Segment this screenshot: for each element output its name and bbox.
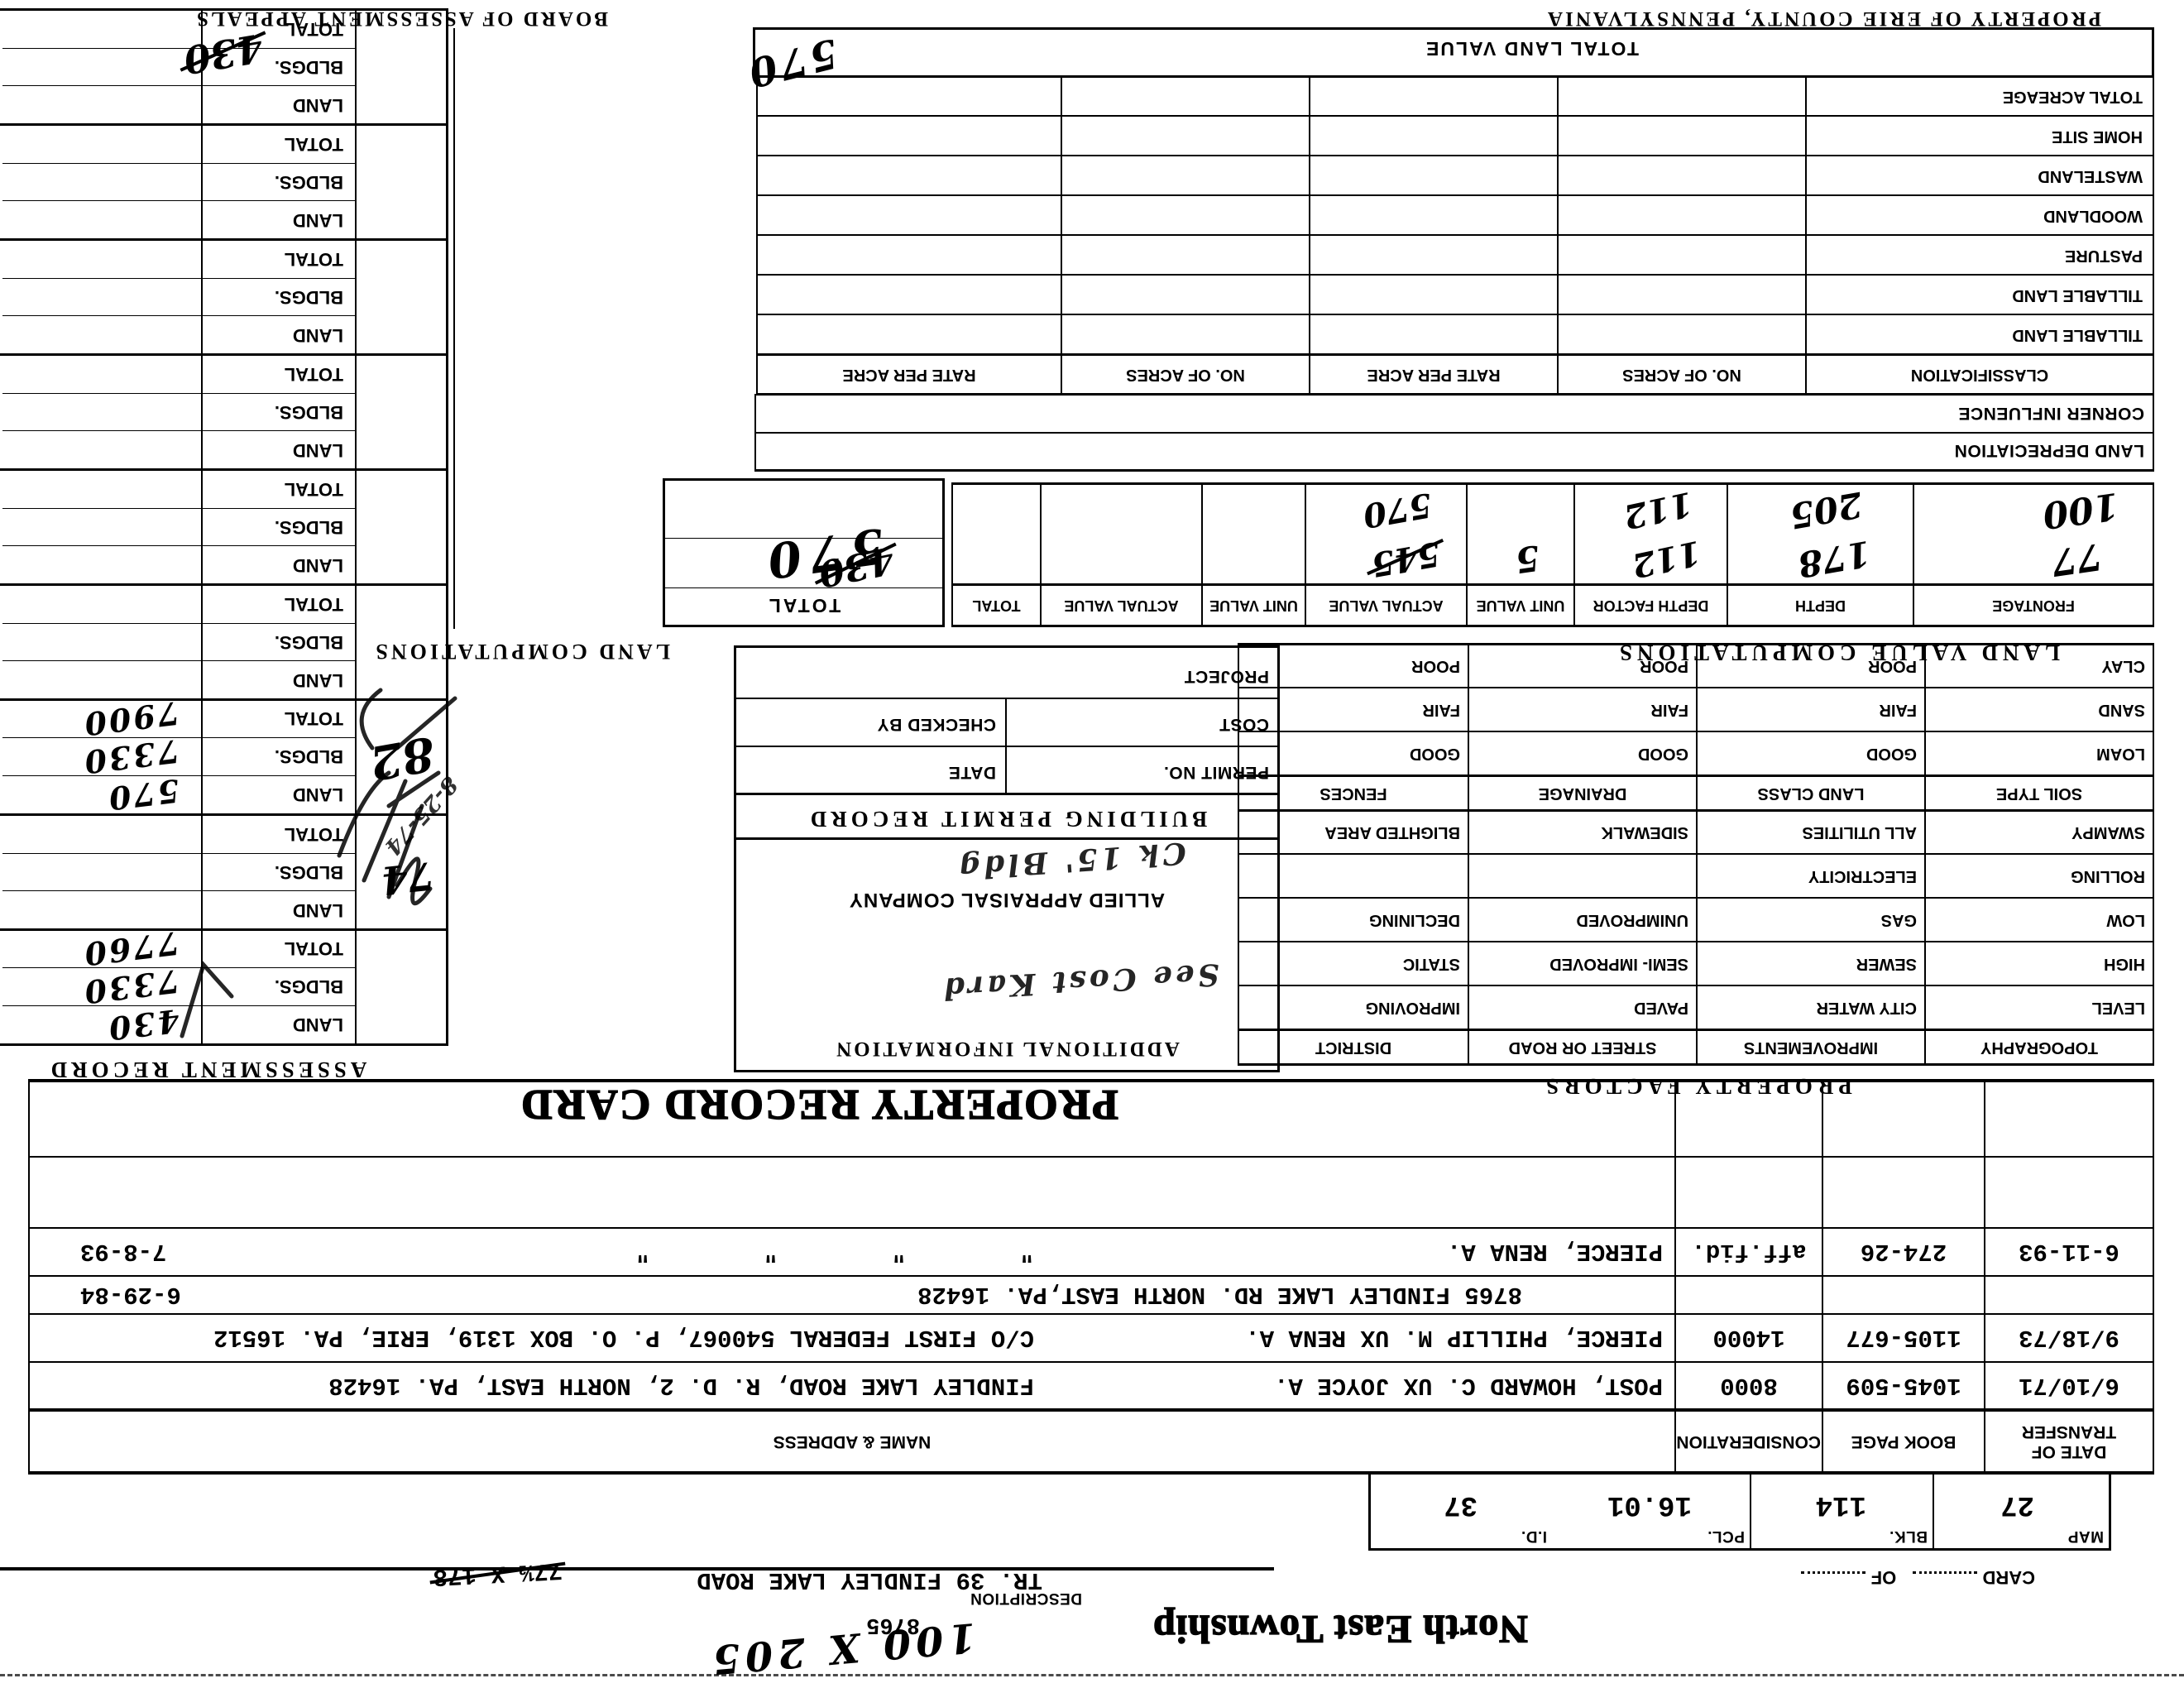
of-label: OF — [1871, 1567, 1897, 1588]
total-label: TOTAL — [201, 241, 355, 278]
assessment-year-cell — [355, 241, 446, 353]
factor-semi-improved: SEMI- IMPROVED — [1514, 956, 1695, 972]
total-label: TOTAL — [201, 586, 355, 623]
bldgs-label: BLDGS. — [201, 508, 355, 546]
bldgs-label: BLDGS. — [201, 163, 355, 201]
bldgs-label: BLDGS. — [201, 278, 355, 316]
comp-actual-value: 570 — [1360, 485, 1434, 535]
factors-col-street: STREET OR ROAD — [1468, 1030, 1697, 1065]
card-of-line: CARD OF — [1802, 1566, 2036, 1589]
land-value-computations-table: FRONTAGE DEPTH DEPTH FACTOR UNIT VALUE A… — [951, 482, 2154, 627]
class-total-acreage: TOTAL ACREAGE — [1806, 77, 2153, 117]
class-home-site: HOME SITE — [1806, 117, 2153, 156]
transfer-bookpage: 1045-509 — [1822, 1362, 1985, 1410]
transfer-date: 9/18/73 — [1985, 1314, 2153, 1362]
class-pasture: PASTURE — [1806, 236, 2153, 276]
blk-label: BLK. — [1889, 1527, 1928, 1545]
comp-col-total: TOTAL — [952, 585, 1041, 626]
transfer-row: 6/10/71 1045-509 8000 POST, HOWARD C. UX… — [29, 1362, 2153, 1410]
land-depreciation-row: LAND DEPRECIATION — [754, 431, 2154, 472]
fences-good: GOOD — [1284, 746, 1467, 762]
comp-depth: 178 — [1795, 533, 1874, 585]
soil-sand: SAND — [1971, 702, 2152, 718]
handwriting-scribble — [0, 632, 480, 1046]
map-value: 27 — [2000, 1489, 2034, 1520]
factor-improving: IMPROVING — [1284, 1000, 1467, 1016]
total-land-value-row: TOTAL LAND VALUE 430 570 — [753, 27, 2154, 78]
comp-frontage: 100 — [2040, 484, 2121, 536]
pcl-label: PCL. — [1707, 1527, 1745, 1545]
permit-row-1: PERMIT NO. DATE — [736, 747, 1277, 795]
record-card-title: PROPERTY RECORD CARD — [480, 1080, 1158, 1129]
factors-col-drainage: DRAINAGE — [1468, 776, 1697, 811]
map-label: MAP — [2067, 1527, 2104, 1545]
classification-row: PASTURE — [757, 236, 2153, 276]
classification-row: TILLABLE LAND — [757, 315, 2153, 355]
assessment-group: LAND BLDGS. TOTAL — [0, 238, 446, 353]
transfer-date: 6-11-93 — [1985, 1228, 2153, 1276]
card-blank — [1913, 1571, 1977, 1589]
class-col-no-acres-2: NO. OF ACRES — [1061, 355, 1310, 395]
transfer-address: C/O FIRST FEDERAL 540067, P. O. BOX 1319… — [213, 1325, 1034, 1352]
assessment-group: LAND BLDGS. TOTAL — [0, 468, 446, 583]
class-woodland: WOODLAND — [1806, 196, 2153, 236]
comp-col-depth: DEPTH — [1727, 585, 1913, 626]
transfer-consideration: 14000 — [1675, 1314, 1822, 1362]
strip-divider — [453, 28, 455, 629]
fences-fair: FAIR — [1284, 702, 1467, 718]
comp-col-depth-factor: DEPTH FACTOR — [1574, 585, 1727, 626]
assessment-record-title: ASSESSMENT RECORD — [25, 1057, 389, 1082]
assessment-year-cell — [355, 471, 446, 583]
pcl-cell: PCL. 16.01 — [1552, 1474, 1750, 1548]
id-label: I.D. — [1521, 1527, 1547, 1545]
transfer-date — [1985, 1276, 2153, 1314]
comp-col-unit-value-2: UNIT VALUE — [1202, 585, 1305, 626]
transfer-recorded-date: 6-29-84 — [31, 1282, 181, 1309]
class-col-classification: CLASSIFICATION — [1806, 355, 2153, 395]
comp-depth-factor: 112 — [1621, 484, 1696, 536]
description-new-dimensions-handwritten: 100 X 205 — [706, 1614, 978, 1683]
factor-sewer: SEWER — [1742, 956, 1923, 972]
of-blank — [1802, 1571, 1866, 1589]
township-title: North East Township — [1109, 1606, 1572, 1652]
landclass-good: GOOD — [1742, 746, 1923, 762]
transfer-row: 8765 FINDLEY LAKE RD. NORTH EAST,PA. 164… — [29, 1276, 2153, 1314]
transfer-consideration: 8000 — [1675, 1362, 1822, 1410]
classification-row: TILLABLE LAND — [757, 276, 2153, 315]
transfer-table: DATE OF TRANSFER BOOK PAGE CONSIDERATION… — [28, 1079, 2154, 1475]
bldgs-label: BLDGS. — [201, 393, 355, 431]
property-factors-table: TOPOGRAPHY IMPROVEMENTS STREET OR ROAD D… — [1238, 643, 2154, 1066]
comp-col-actual-value: ACTUAL VALUE — [1305, 585, 1467, 626]
factor-blighted-area: BLIGHTED AREA — [1284, 824, 1467, 841]
assessment-group: LAND BLDGS. TOTAL — [0, 123, 446, 238]
comp-col-frontage: FRONTAGE — [1913, 585, 2153, 626]
factors-col-improvements: IMPROVEMENTS — [1697, 1030, 1925, 1065]
additional-info-permit-box: ADDITIONAL INFORMATION See Cost Kard ALL… — [734, 645, 1280, 1072]
parcel-id-row: MAP 27 BLK. 114 PCL. 16.01 I.D. 37 — [1368, 1471, 2111, 1551]
classification-row: WOODLAND — [757, 196, 2153, 236]
total-label: TOTAL — [201, 356, 355, 393]
land-depreciation-label: LAND DEPRECIATION — [1954, 441, 2144, 460]
property-factors-title: PROPERTY FACTORS — [1239, 1073, 2154, 1099]
transfer-row-empty — [29, 1157, 2153, 1228]
drainage-fair: FAIR — [1514, 702, 1695, 718]
blk-value: 114 — [1816, 1489, 1866, 1520]
computation-row: 77 178 112 5 545 — [952, 535, 2153, 585]
class-col-rate-acre-2: RATE PER ACRE — [757, 355, 1061, 395]
permit-checked-by-label: CHECKED BY — [877, 714, 996, 734]
board-caption: BOARD OF ASSESSMENT APPEALS — [194, 7, 608, 30]
land-label: LAND — [201, 85, 355, 123]
transfer-consideration — [1675, 1276, 1822, 1314]
transfer-address: 8765 FINDLEY LAKE RD. NORTH EAST,PA. 164… — [917, 1282, 1522, 1309]
factor-unimproved: UNIMPROVED — [1514, 912, 1695, 928]
grand-total-label: TOTAL — [665, 594, 942, 625]
transfer-date: 6/10/71 — [1985, 1362, 2153, 1410]
transfer-bookpage: 1105-677 — [1822, 1314, 1985, 1362]
permit-divider-top — [736, 837, 1277, 840]
total-label: TOTAL — [201, 471, 355, 508]
comp-depth: 205 — [1787, 484, 1865, 536]
factor-paved: PAVED — [1514, 1000, 1695, 1016]
factor-level: LEVEL — [1971, 1000, 2152, 1016]
permit-date-label: DATE — [948, 762, 996, 782]
landclass-fair: FAIR — [1742, 702, 1923, 718]
soil-loam: LOAM — [1971, 746, 2152, 762]
transfer-col-date: DATE OF TRANSFER — [1985, 1410, 2153, 1473]
comp-unit-value: 5 — [1512, 537, 1542, 581]
transfer-col-name-address: NAME & ADDRESS — [29, 1410, 1675, 1473]
factor-rolling: ROLLING — [1971, 868, 2152, 885]
factor-static: STATIC — [1284, 956, 1467, 972]
land-label: LAND — [201, 430, 355, 468]
factor-city-water: CITY WATER — [1742, 1000, 1923, 1016]
transfer-bookpage — [1822, 1276, 1985, 1314]
class-col-no-acres: NO. OF ACRES — [1558, 355, 1806, 395]
permit-project-label: PROJECT — [1184, 666, 1269, 686]
property-of-caption: PROPERTY OF ERIE COUNTY, PENNSYLVANIA — [1545, 7, 2101, 30]
factor-declining: DECLINING — [1284, 912, 1467, 928]
transfer-consideration: aff.fid. — [1675, 1228, 1822, 1276]
handwritten-note-2: Ck 15' Bldg — [955, 835, 1187, 885]
description-rule — [0, 1567, 1274, 1571]
land-value-computations-title: LAND VALUE COMPUTATIONS — [1615, 640, 2060, 665]
comp-actual-value: 545 — [1368, 534, 1443, 584]
factors-col-topography: TOPOGRAPHY — [1925, 1030, 2153, 1065]
transfer-name: PIERCE, RENA A. — [1034, 1239, 1663, 1266]
factor-swampy: SWAMPY — [1971, 824, 2152, 841]
class-wasteland: WASTELAND — [1806, 156, 2153, 196]
handwritten-note-1: See Cost Kard — [940, 957, 1220, 1006]
id-value: 37 — [1444, 1489, 1478, 1520]
id-cell: I.D. 37 — [1371, 1474, 1552, 1548]
factor-gas: GAS — [1742, 912, 1923, 928]
factor-low: LOW — [1971, 912, 2152, 928]
assessment-year-cell — [355, 126, 446, 238]
permit-no-label: PERMIT NO. — [1163, 762, 1269, 782]
sheet-edge-line — [0, 1674, 2184, 1676]
class-col-rate-acre: RATE PER ACRE — [1310, 355, 1558, 395]
map-cell: MAP 27 — [1933, 1474, 2109, 1548]
classification-row: WASTELAND — [757, 156, 2153, 196]
transfer-col-consideration: CONSIDERATION — [1675, 1410, 1822, 1473]
land-label: LAND — [201, 315, 355, 353]
building-permit-title: BUILDING PERMIT RECORD — [736, 806, 1277, 832]
assessment-year-cell — [355, 356, 446, 468]
assessment-group: LAND BLDGS. TOTAL — [0, 353, 446, 468]
total-label: TOTAL — [201, 126, 355, 163]
permit-cost-label: COST — [1219, 714, 1269, 734]
land-label: LAND — [201, 545, 355, 583]
drainage-good: GOOD — [1514, 746, 1695, 762]
factors-col-land-class: LAND CLASS — [1697, 776, 1925, 811]
additional-information-title: ADDITIONAL INFORMATION — [736, 1037, 1277, 1070]
transfer-address-ditto: " " " " — [635, 1239, 1034, 1266]
blk-cell: BLK. 114 — [1750, 1474, 1933, 1548]
transfer-recorded-date: 7-8-93 — [31, 1239, 166, 1266]
land-label: LAND — [201, 200, 355, 238]
comp-col-actual-value-2: ACTUAL VALUE — [1041, 585, 1202, 626]
corner-influence-row: CORNER INFLUENCE — [754, 394, 2154, 434]
transfer-col-bookpage: BOOK PAGE — [1822, 1410, 1985, 1473]
permit-divider — [736, 698, 1277, 699]
class-tillable-land: TILLABLE LAND — [1806, 315, 2153, 355]
comp-depth-factor: 112 — [1629, 533, 1704, 585]
comp-frontage: 77 — [2049, 535, 2105, 583]
classification-table: CLASSIFICATION NO. OF ACRES RATE PER ACR… — [756, 75, 2154, 396]
computation-row: 100 205 112 570 — [952, 484, 2153, 535]
factor-sidewalk: SIDEWALK — [1514, 824, 1695, 841]
bldgs-label: BLDGS. — [201, 48, 355, 86]
description-old-dimensions: 77½ X 178 — [433, 1556, 563, 1590]
appraisal-company-line: ALLIED APPRAISAL COMPANY — [736, 888, 1277, 911]
classification-row: HOME SITE — [757, 117, 2153, 156]
factor-electricity: ELECTRICITY — [1742, 868, 1923, 885]
classification-row: TOTAL ACREAGE — [757, 77, 2153, 117]
corner-influence-label: CORNER INFLUENCE — [1958, 404, 2144, 423]
scanned-page: North East Township CARD OF MAP 27 BLK. … — [0, 0, 2184, 1688]
comp-col-unit-value: UNIT VALUE — [1467, 585, 1574, 626]
factor-high: HIGH — [1971, 956, 2152, 972]
fences-poor: POOR — [1284, 658, 1467, 674]
factor-all-utilities: ALL UTILITIES — [1742, 824, 1923, 841]
transfer-row: 6-11-93 274-26 aff.fid. PIERCE, RENA A. … — [29, 1228, 2153, 1276]
permit-row-2: COST CHECKED BY — [736, 699, 1277, 747]
pcl-value: 16.01 — [1607, 1489, 1692, 1520]
card-label: CARD — [1982, 1567, 2035, 1588]
transfer-bookpage: 274-26 — [1822, 1228, 1985, 1276]
transfer-address: FINDLEY LAKE ROAD, R. D. 2, NORTH EAST, … — [328, 1372, 1034, 1399]
comp-grand-total-box: TOTAL 570 — [663, 478, 945, 627]
property-record-card-sheet: North East Township CARD OF MAP 27 BLK. … — [0, 0, 2184, 1688]
class-tillable-land: TILLABLE LAND — [1806, 276, 2153, 315]
total-land-value-label: TOTAL LAND VALUE — [1425, 38, 1639, 60]
transfer-row: 9/18/73 1105-677 14000 PIERCE, PHILLIP M… — [29, 1314, 2153, 1362]
transfer-name: PIERCE, PHILLIP M. UX RENA A. — [1034, 1325, 1663, 1352]
transfer-name: POST, HOWARD C. UX JOYCE A. — [1034, 1372, 1663, 1399]
factors-col-soil-type: SOIL TYPE — [1925, 776, 2153, 811]
grand-total-value: 570 — [756, 517, 888, 590]
